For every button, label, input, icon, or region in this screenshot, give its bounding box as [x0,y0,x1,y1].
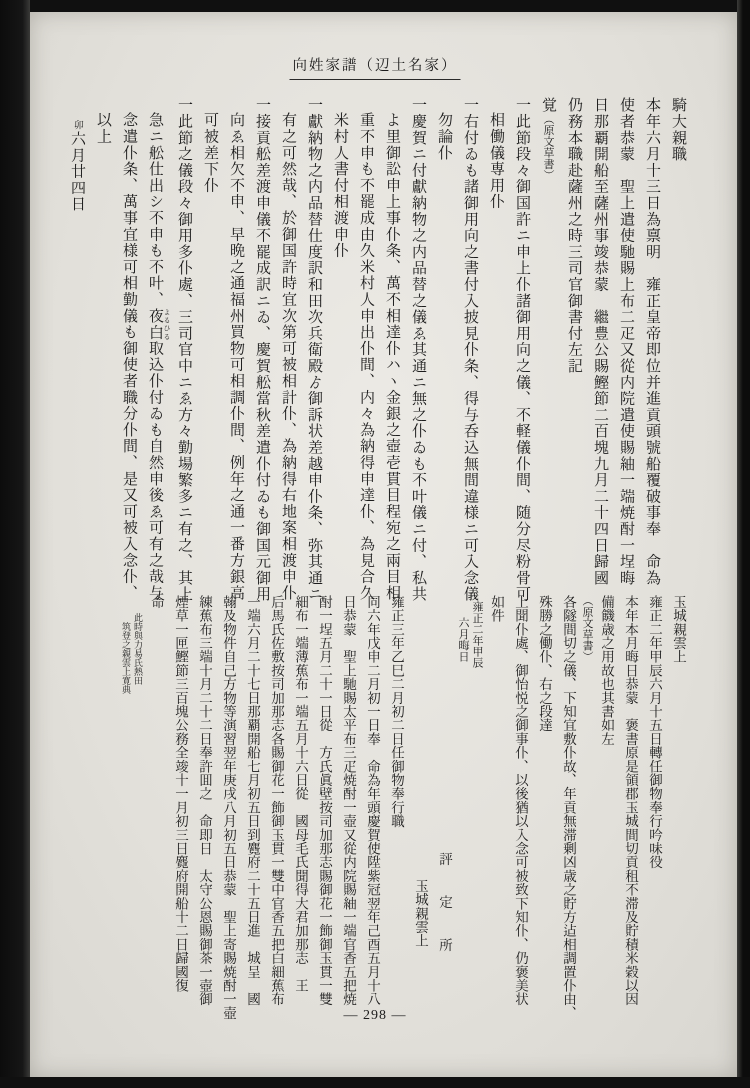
text-column: 煙草一匣鰹節三百塊公務全竣十一月初三日麑府開船十二日歸國復 [168,595,192,1027]
scan-border-right [737,0,750,1088]
top-text-block: 騎大親職本年六月十三日為禀明 雍正皇帝即位并進貢頭號船覆破事奉 命為使者恭蒙 聖… [50,97,691,611]
text-column: 一此節段々御国許ニ申上仆諸御用向之儀、不軽儀仆間、随分尽粉骨可 [509,97,535,611]
text-column: 一獻納物之内品替仕度訳和田次兵衛殿ゟ御訴状差越申仆条、弥其通ニ [301,97,327,611]
text-column: 相働儀専用仆 [483,97,509,611]
text-column: 卯六月廿四日 [64,97,90,611]
text-column: 有之可然哉、於御国許時宜次第可被相計仆、為納得右地案相渡申仆 [275,97,301,611]
text-column: 向ゑ相欠不申、早晩之通福州買物可相調仆間、例年之通一番方銀高 [223,97,249,611]
document-page: 向姓家譜（辺土名家） 騎大親職本年六月十三日為禀明 雍正皇帝即位并進貢頭號船覆破… [0,0,750,1088]
text-column: 騎大親職 [665,97,691,611]
text-column: （原文草書） [580,595,594,1027]
text-column: 念遣仆条、萬事宜様可相勤儀も御使者職分仆間、是又可被入念仆、 [116,97,142,611]
text-column: 仍務本職赴薩州之時三司官御書付左記 [561,97,587,611]
text-column: 重不申も不罷成由久米村人申出仆間、内々為納得申達仆、為見合久 [353,97,379,611]
scan-border-left [0,0,30,1088]
text-column: 本年六月十三日為禀明 雍正皇帝即位并進貢頭號船覆破事奉 命為 [639,97,665,611]
text-column: 日恭蒙 聖上馳賜太平布三疋焼酎一壺又從内院賜紬一端官香五把焼 [336,595,360,1027]
text-column: 酎一埕五月二十一日從 方氏眞壁按司加那志賜御花一飾御玉貫一雙 [312,595,336,1027]
text-column: 玉城親雲上 [666,595,690,1027]
page-number: — 298 — [344,1008,407,1024]
text-column: 雍正二年甲辰六月十五日轉任御物奉行吟味役 [642,595,666,1027]
text-column: 玉城親雲上 [408,595,432,1027]
bottom-text-block: 玉城親雲上雍正二年甲辰六月十五日轉任御物奉行吟味役本年本月晦日恭蒙 褒書原是領郡… [68,595,690,1027]
text-column: 命 [144,595,168,1027]
text-column: 同六年戊申二月初一日奉 命為年頭慶賀使陞紫冠翌年己酉五月十八 [360,595,384,1027]
text-column: 練蕉布三端十月二十二日奉許囬之 命即日 太守公恩賜御茶一壺御 [192,595,216,1027]
text-column: 本年本月晦日恭蒙 褒書原是領郡玉城間切貢租不滞及貯積米穀以因 [618,595,642,1027]
text-column: 細布一端薄蕉布一端五月十六日從 國母毛氏聞得大君加那志 王 [288,595,312,1027]
text-column: 上聞仆處、御怡悦之御事仆、以後猶以入念可被致下知仆、仍褒美状 [508,595,532,1027]
text-column: 后馬氏佐敷按司加那志各賜御花一飾御玉貫一雙中官香五把白細蕉布 [264,595,288,1027]
text-column: 雍正三年乙巳二月初二日任御物奉行職 [384,595,408,1027]
text-column: 可被差下仆 [197,97,223,611]
scan-border-bottom [0,1077,750,1088]
text-column: 一右付ゐも諸御用向之書付入披見仆条、得与呑込無間違様ニ可入念儀 [457,97,483,611]
text-column: 筑登之親雲上寛典 [120,595,132,1027]
text-column: 一此節之儀段々御用多仆處、三司官中ニゑ方々勤場繁多ニ有之、其上 [171,97,197,611]
text-column: 日那覇開船至薩州事竣恭蒙 繼豊公賜鰹節二百塊九月二十四日歸國 [587,97,613,611]
page-header-title: 向姓家譜（辺土名家） [290,54,461,80]
text-column: 米村人書付相渡申仆 [327,97,353,611]
text-column: 一慶賀ニ付獻納物之内品替之儀ゑ其通ニ無之仆ゐも不叶儀ニ付、私共 [405,97,431,611]
text-column: 一接貢舩差渡申儀不罷成訳ニゐ、慶賀舩當秋差遣仆付ゐも御国元御用 [249,97,275,611]
ruby-annotated-text: 夜白よるひる [147,308,163,341]
text-column: 翰及物件自己方物等演習翌年庚戌八月初五日恭蒙 聖上寄賜焼酎一壺 [216,595,240,1027]
text-column: 使者恭蒙 聖上遣使馳賜上布二疋又從内院遣使賜紬一端焼酎一埕晦 [613,97,639,611]
text-column: 六月晦日 [456,595,470,1027]
text-column: 急ニ舩仕出シ不申も不叶、夜白よるひる取込仆付ゐも自然申後ゑ可有之哉与 [142,97,171,611]
text-column: 殊勝之働仆、右之段達 [532,595,556,1027]
scan-border-top [0,0,750,12]
text-column: 評 定 所 [432,595,456,1027]
text-column: 備饑歳之用故也其書如左 [594,595,618,1027]
text-column: 各隧間切之儀、下知宜敷仆故、年貢無滞剰凶歳之貯方迠相調置仆由、 [556,595,580,1027]
text-column: 覚（原文草書） [535,97,561,611]
text-column: よ里御訟申上事仆条、萬不相達仆ハヽ金銀之壺壱貫目程宛之兩目相 [379,97,405,611]
text-column: 一端六月二十七日那覇開船七月初五日到麑府二十五日進 城呈 國 [240,595,264,1027]
text-column: 此時與力易氏熱田 [132,595,144,1027]
text-column: 雍正二年甲辰 [470,595,484,1027]
text-column: 以上 [90,97,116,611]
text-column: 如件 [484,595,508,1027]
text-column: 勿論仆 [431,97,457,611]
